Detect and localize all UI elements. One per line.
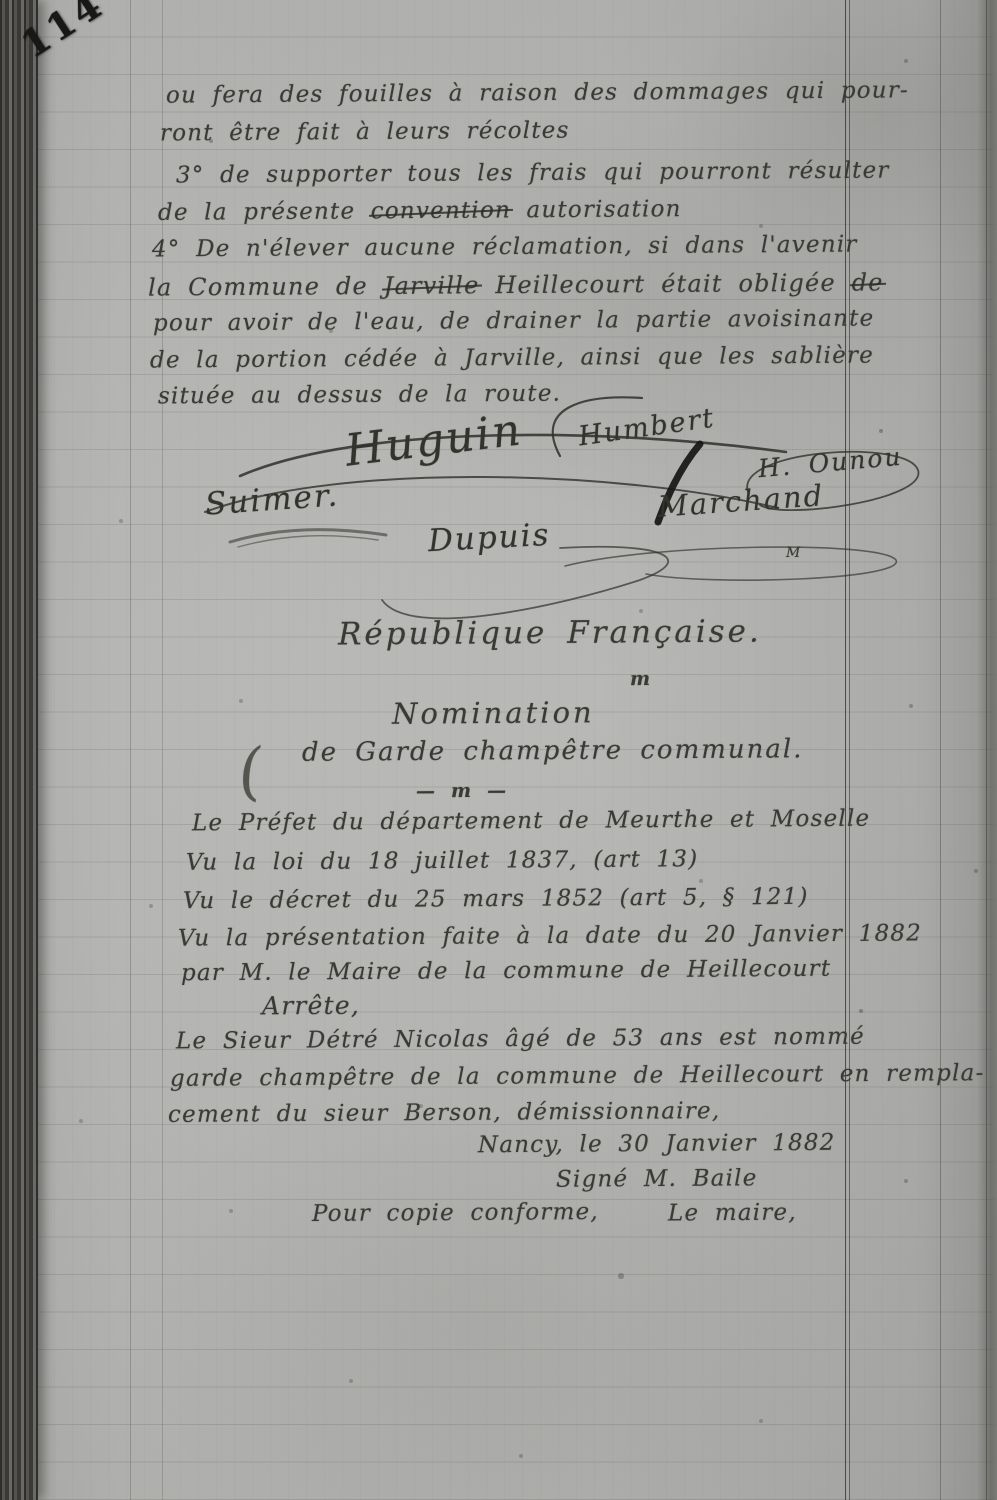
decree-le-maire: Le maire, xyxy=(668,1200,797,1227)
signature: Suimer. xyxy=(204,477,340,522)
decree-line: cement du sieur Berson, démissionnaire, xyxy=(168,1098,721,1128)
right-double-line-b xyxy=(849,0,850,1500)
clause-text: la Commune de xyxy=(148,272,384,302)
decree-line: Le Préfet du département de Meurthe et M… xyxy=(192,806,870,837)
struck-word: de xyxy=(852,268,884,296)
decree-line: par M. le Maire de la commune de Heillec… xyxy=(181,956,831,987)
decree-line: Vu la loi du 18 juillet 1837, (art 13) xyxy=(186,846,699,876)
decree-signed: Signé M. Baile xyxy=(556,1165,758,1192)
heading-title: Nomination xyxy=(392,695,595,730)
decree-line: Vu le décret du 25 mars 1852 (art 5, § 1… xyxy=(183,884,809,914)
signature: Marchand xyxy=(657,478,825,524)
right-column-line xyxy=(940,0,941,1500)
decree-line: Vu la présentation faite à la date du 20… xyxy=(178,920,922,951)
register-page-scan: 114 ou fera des fouilles à raison des do… xyxy=(0,0,997,1500)
left-margin-line xyxy=(130,0,131,1500)
margin-mark: M xyxy=(786,545,802,561)
right-double-line-a xyxy=(845,0,846,1500)
clause-line: la Commune de Jarville Heillecourt était… xyxy=(148,268,884,301)
heading-republic: République Française. xyxy=(338,614,762,653)
paper-speckles xyxy=(0,0,2,2)
decree-line: garde champêtre de la commune de Heillec… xyxy=(170,1060,985,1092)
decree-place-date: Nancy, le 30 Janvier 1882 xyxy=(478,1130,836,1158)
struck-word: convention xyxy=(371,197,511,224)
paren-flourish: ( xyxy=(234,734,267,809)
separator-dash-squiggle: — m — xyxy=(416,780,507,803)
clause-text: de la présente xyxy=(158,198,371,225)
clause-line: située au dessus de la route. xyxy=(158,381,561,410)
signature: Huguin xyxy=(343,404,526,476)
clause-text: autorisation xyxy=(511,196,682,223)
clause-line: 3° de supporter tous les frais qui pourr… xyxy=(176,158,890,189)
decree-arrete: Arrête, xyxy=(262,991,360,1021)
page-right-edge-shadow xyxy=(977,0,997,1500)
clause-line: de la portion cédée à Jarville, ainsi qu… xyxy=(150,342,874,373)
decree-line: Le Sieur Détré Nicolas âgé de 53 ans est… xyxy=(176,1024,865,1055)
heading-subtitle: de Garde champêtre communal. xyxy=(302,734,804,767)
separator-squiggle: m xyxy=(630,668,651,690)
clause-line: pour avoir de l'eau, de drainer la parti… xyxy=(153,305,875,336)
signature: Humbert xyxy=(577,403,718,453)
clause-line: 4° De n'élever aucune réclamation, si da… xyxy=(152,232,858,263)
book-binding-gutter xyxy=(0,0,38,1500)
signature: H. Ounou xyxy=(757,442,904,483)
struck-word: Jarville xyxy=(384,271,480,300)
clause-line: ront être fait à leurs récoltes xyxy=(160,118,570,147)
decree-copy-conforme: Pour copie conforme, xyxy=(312,1199,599,1227)
clause-line: ou fera des fouilles à raison des dommag… xyxy=(166,77,909,108)
clause-text: Heillecourt était obligée xyxy=(479,269,851,300)
signature: Dupuis xyxy=(427,517,551,559)
clause-line: de la présente convention autorisation xyxy=(158,196,682,226)
